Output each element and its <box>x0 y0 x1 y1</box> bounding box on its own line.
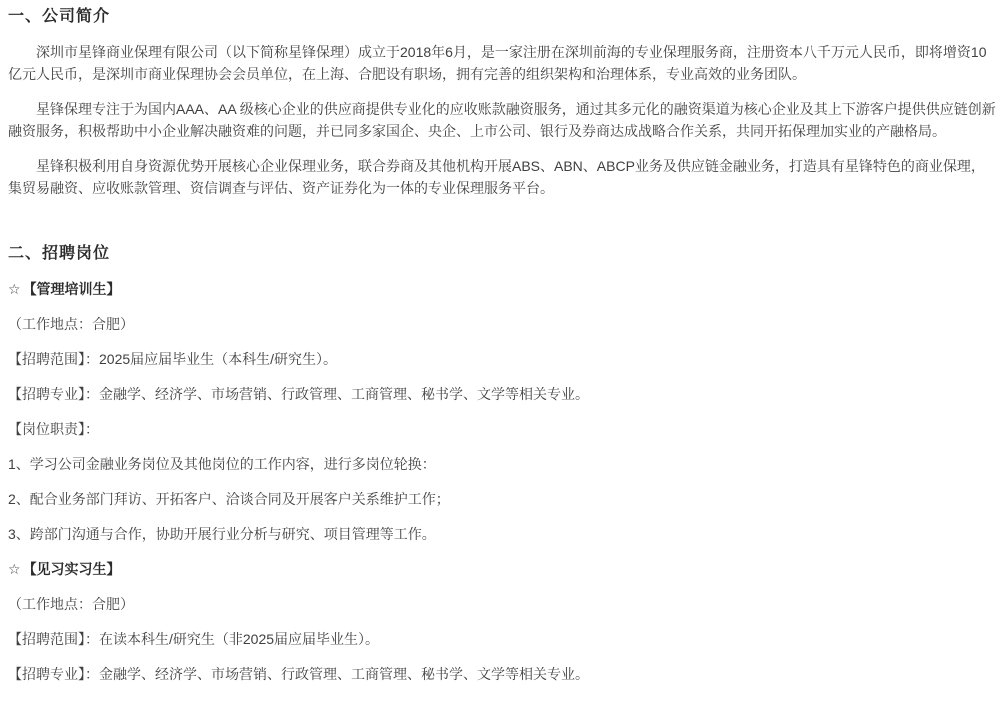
star-icon: ☆ <box>8 281 21 297</box>
company-intro-paragraph-3: 星锋积极利用自身资源优势开展核心企业保理业务，联合券商及其他机构开展ABS、AB… <box>8 155 997 199</box>
job-title-management-trainee: ☆【管理培训生】 <box>8 278 997 300</box>
section-heading-recruitment: 二、招聘岗位 <box>8 243 997 265</box>
section-heading-company-intro: 一、公司简介 <box>8 6 997 28</box>
job2-recruit-scope: 【招聘范围】：在读本科生/研究生（非2025届应届毕业生）。 <box>8 628 997 650</box>
job1-duty-3: 3、跨部门沟通与合作，协助开展行业分析与研究、项目管理等工作。 <box>8 523 997 545</box>
job-title-intern: ☆【见习实习生】 <box>8 558 997 580</box>
job1-recruit-majors: 【招聘专业】：金融学、经济学、市场营销、行政管理、工商管理、秘书学、文学等相关专… <box>8 383 997 405</box>
job-title-text: 【见习实习生】 <box>23 561 121 577</box>
job-title-text: 【管理培训生】 <box>23 281 121 297</box>
job1-duty-2: 2、配合业务部门拜访、开拓客户、洽谈合同及开展客户关系维护工作； <box>8 488 997 510</box>
job1-recruit-scope: 【招聘范围】：2025届应届毕业生（本科生/研究生）。 <box>8 348 997 370</box>
job2-recruit-majors: 【招聘专业】：金融学、经济学、市场营销、行政管理、工商管理、秘书学、文学等相关专… <box>8 663 997 685</box>
job1-location: （工作地点：合肥） <box>8 313 997 335</box>
job1-duties-label: 【岗位职责】： <box>8 418 997 440</box>
job-posting-document: 一、公司简介 深圳市星锋商业保理有限公司（以下简称星锋保理）成立于2018年6月… <box>8 6 997 685</box>
company-intro-paragraph-2: 星锋保理专注于为国内AAA、AA 级核心企业的供应商提供专业化的应收账款融资服务… <box>8 98 997 142</box>
job1-duty-1: 1、学习公司金融业务岗位及其他岗位的工作内容，进行多岗位轮换： <box>8 453 997 475</box>
job2-location: （工作地点：合肥） <box>8 593 997 615</box>
company-intro-paragraph-1: 深圳市星锋商业保理有限公司（以下简称星锋保理）成立于2018年6月，是一家注册在… <box>8 41 997 85</box>
star-icon: ☆ <box>8 561 21 577</box>
